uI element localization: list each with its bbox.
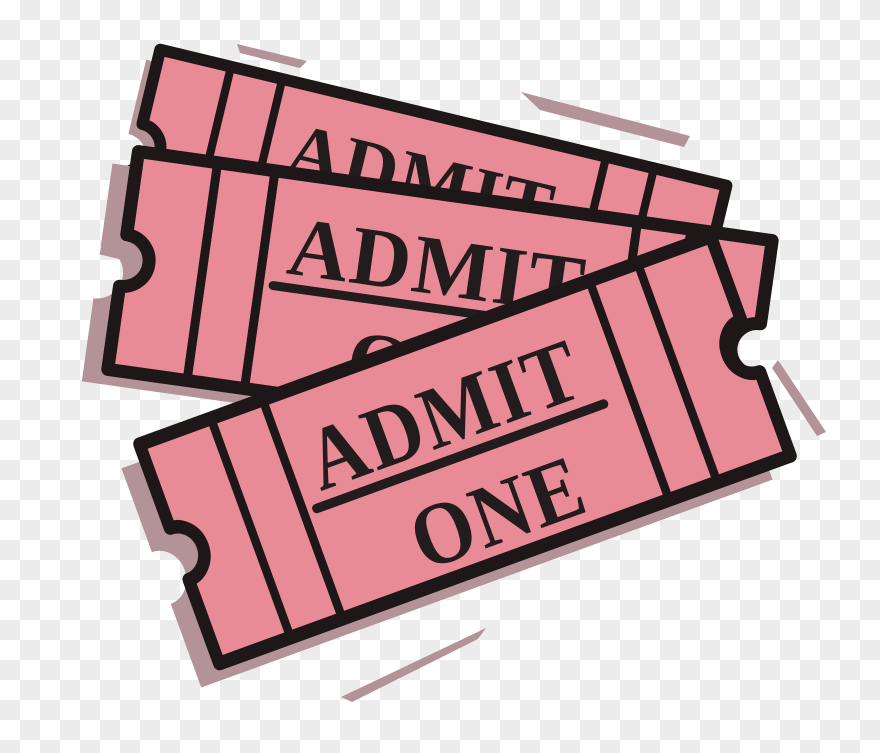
shadow-streak-bottom (341, 628, 486, 702)
clipart-canvas: ADMIT ONE ADMIT ONE ADMIT (0, 0, 880, 753)
shadow-streak-top-left (237, 44, 307, 68)
tickets-illustration: ADMIT ONE ADMIT ONE ADMIT (0, 0, 880, 753)
